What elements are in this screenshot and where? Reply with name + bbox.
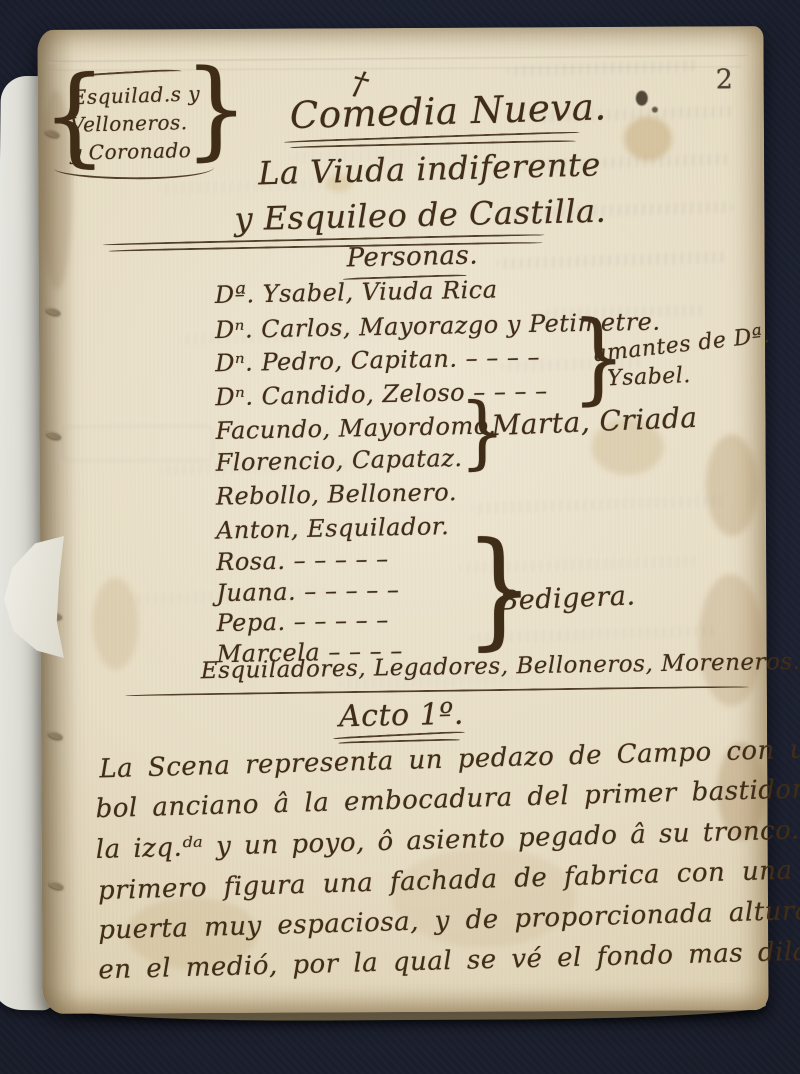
cast-group-label-amantes: Ysabel. bbox=[607, 363, 691, 391]
cast-heading: Personas. bbox=[346, 240, 478, 273]
act-heading: Acto 1º. bbox=[339, 697, 465, 735]
marginal-note-right-brace: } bbox=[184, 56, 249, 163]
cast-group-label-marta: Marta, Criada bbox=[491, 401, 698, 442]
separator-rule bbox=[125, 685, 749, 697]
underline bbox=[338, 738, 460, 744]
cast-entry: Dª. Ysabel, Viuda Rica bbox=[215, 276, 498, 309]
cast-entry: Facundo, Mayordomo. bbox=[215, 412, 496, 445]
play-title-line2: y Esquileo de Castilla. bbox=[234, 192, 607, 238]
ink-spot bbox=[636, 91, 648, 106]
cast-entry: Rosa. – – – – – bbox=[216, 545, 389, 576]
cast-entry: Juana. – – – – – bbox=[216, 576, 399, 608]
ink-spot bbox=[652, 107, 658, 113]
bleedthrough-text bbox=[472, 495, 727, 514]
marginal-note-line: Esquilad.s y bbox=[71, 81, 200, 109]
series-heading: Comedia Nueva. bbox=[289, 85, 607, 137]
cast-entry: Florencio, Capataz. bbox=[215, 444, 462, 477]
cast-entry: Pepa. – – – – – bbox=[216, 606, 389, 637]
bleedthrough-text bbox=[508, 60, 698, 77]
cast-entry: Rebollo, Bellonero. bbox=[216, 478, 458, 511]
cast-group-label-bedigera: Bedigera. bbox=[498, 580, 636, 616]
stain bbox=[624, 117, 672, 161]
bleedthrough-text bbox=[497, 251, 729, 269]
stain bbox=[92, 577, 138, 669]
marginal-note-line: Velloneros. bbox=[70, 110, 188, 137]
marginal-note-line: y Coronado bbox=[70, 138, 192, 165]
photograph-background: 2 { } Esquilad.s y Velloneros. y Coronad… bbox=[0, 0, 800, 1074]
stain bbox=[706, 434, 759, 536]
bleedthrough-box bbox=[62, 425, 214, 462]
manuscript-page: 2 { } Esquilad.s y Velloneros. y Coronad… bbox=[37, 26, 768, 1014]
play-title-line1: La Viuda indiferente bbox=[258, 145, 601, 192]
folio-number: 2 bbox=[716, 64, 734, 95]
cast-entry: Anton, Esquilador. bbox=[216, 512, 450, 544]
cast-entry: Dⁿ. Pedro, Capitan. – – – – bbox=[215, 343, 540, 377]
